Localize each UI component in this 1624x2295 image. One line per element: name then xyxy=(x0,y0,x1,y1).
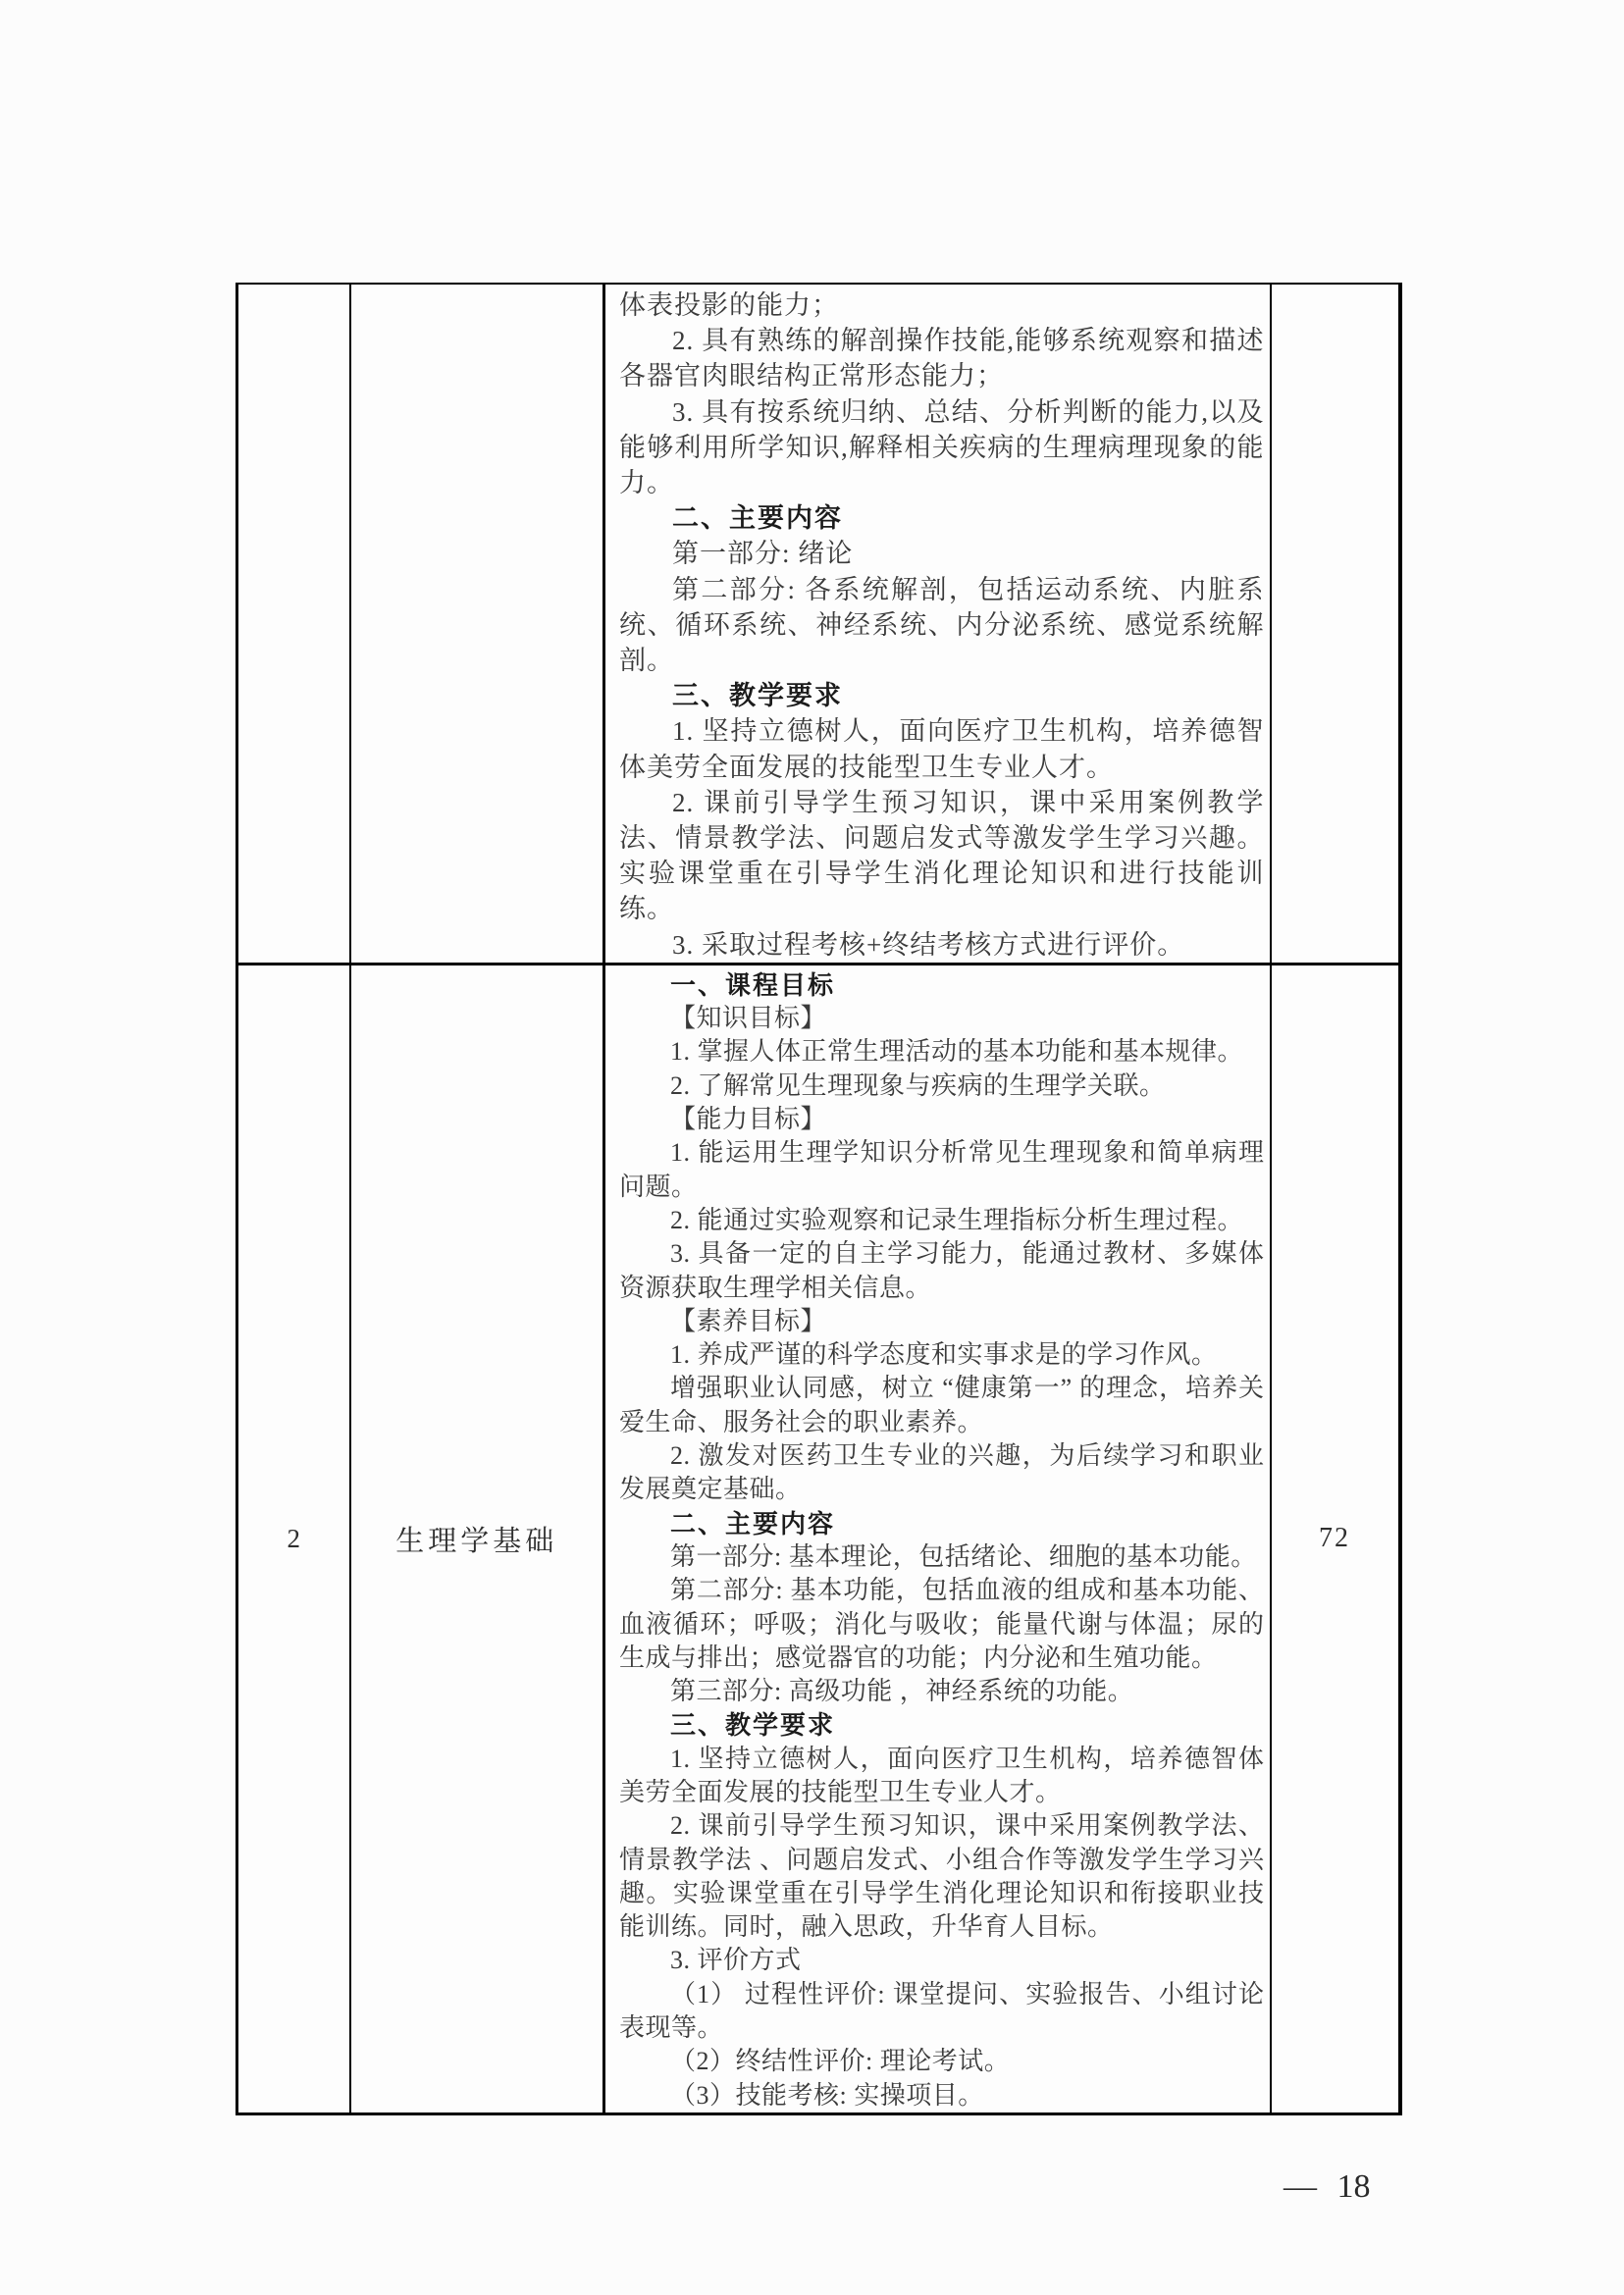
course-hours-cell xyxy=(1271,284,1400,964)
content-paragraph: 3. 评价方式 xyxy=(619,1944,1265,1977)
table-row: 体表投影的能力；2. 具有熟练的解剖操作技能,能够系统观察和描述各器官肉眼结构正… xyxy=(237,284,1400,964)
course-table: 体表投影的能力；2. 具有熟练的解剖操作技能,能够系统观察和描述各器官肉眼结构正… xyxy=(236,283,1402,2115)
content-paragraph: 2. 课前引导学生预习知识，课中采用案例教学法、情景教学法 、问题启发式、小组合… xyxy=(619,1809,1265,1944)
content-paragraph: 【素养目标】 xyxy=(619,1305,1265,1338)
content-paragraph: 第一部分: 绪论 xyxy=(619,536,1265,571)
content-paragraph: 体表投影的能力； xyxy=(619,287,1265,323)
section-heading: 一、课程目标 xyxy=(619,968,1265,1002)
section-heading: 二、主要内容 xyxy=(619,1507,1265,1540)
course-content-cell: 体表投影的能力；2. 具有熟练的解剖操作技能,能够系统观察和描述各器官肉眼结构正… xyxy=(604,284,1271,964)
content-paragraph: 3. 具备一定的自主学习能力，能通过教材、多媒体资源获取生理学相关信息。 xyxy=(619,1237,1265,1305)
section-heading: 三、教学要求 xyxy=(619,678,1265,713)
page-number: — 18 xyxy=(1283,2168,1371,2206)
document-page: 体表投影的能力；2. 具有熟练的解剖操作技能,能够系统观察和描述各器官肉眼结构正… xyxy=(0,0,1624,2295)
content-paragraph: 增强职业认同感，树立 “健康第一” 的理念，培养关爱生命、服务社会的职业素养。 xyxy=(619,1372,1265,1439)
content-paragraph: （3）技能考核: 实操项目。 xyxy=(619,2079,1265,2112)
course-number-cell xyxy=(237,284,350,964)
course-hours-cell: 72 xyxy=(1271,964,1400,2113)
content-paragraph: 【能力目标】 xyxy=(619,1103,1265,1136)
course-name-cell xyxy=(350,284,604,964)
content-paragraph: 第一部分: 基本理论，包括绪论、细胞的基本功能。 xyxy=(619,1540,1265,1574)
content-paragraph: 第三部分: 高级功能 ，神经系统的功能。 xyxy=(619,1675,1265,1708)
content-paragraph: 2. 了解常见生理现象与疾病的生理学关联。 xyxy=(619,1069,1265,1103)
content-paragraph: 3. 具有按系统归纳、总结、分析判断的能力,以及能够利用所学知识,解释相关疾病的… xyxy=(619,394,1265,501)
content-paragraph: 第二部分: 各系统解剖，包括运动系统、内脏系统、循环系统、神经系统、内分泌系统、… xyxy=(619,572,1265,679)
course-content-text: 一、课程目标【知识目标】1. 掌握人体正常生理活动的基本功能和基本规律。2. 了… xyxy=(605,965,1270,2112)
content-paragraph: 第二部分: 基本功能，包括血液的组成和基本功能、血液循环；呼吸；消化与吸收；能量… xyxy=(619,1574,1265,1675)
content-paragraph: 3. 采取过程考核+终结考核方式进行评价。 xyxy=(619,927,1265,963)
course-content-cell: 一、课程目标【知识目标】1. 掌握人体正常生理活动的基本功能和基本规律。2. 了… xyxy=(604,964,1271,2113)
content-paragraph: 1. 坚持立德树人，面向医疗卫生机构，培养德智体美劳全面发展的技能型卫生专业人才… xyxy=(619,713,1265,784)
course-content-text: 体表投影的能力；2. 具有熟练的解剖操作技能,能够系统观察和描述各器官肉眼结构正… xyxy=(605,285,1270,963)
course-number-cell: 2 xyxy=(237,964,350,2113)
course-name-cell: 生理学基础 xyxy=(350,964,604,2113)
content-paragraph: 【知识目标】 xyxy=(619,1002,1265,1035)
content-paragraph: 2. 激发对医药卫生专业的兴趣，为后续学习和职业发展奠定基础。 xyxy=(619,1439,1265,1507)
content-paragraph: 2. 课前引导学生预习知识，课中采用案例教学法、情景教学法、问题启发式等激发学生… xyxy=(619,785,1265,927)
section-heading: 二、主要内容 xyxy=(619,500,1265,536)
content-paragraph: 2. 具有熟练的解剖操作技能,能够系统观察和描述各器官肉眼结构正常形态能力； xyxy=(619,323,1265,393)
table-row: 2 生理学基础 一、课程目标【知识目标】1. 掌握人体正常生理活动的基本功能和基… xyxy=(237,964,1400,2113)
content-paragraph: 1. 掌握人体正常生理活动的基本功能和基本规律。 xyxy=(619,1035,1265,1069)
content-paragraph: 1. 能运用生理学知识分析常见生理现象和简单病理问题。 xyxy=(619,1136,1265,1204)
content-paragraph: 2. 能通过实验观察和记录生理指标分析生理过程。 xyxy=(619,1204,1265,1237)
content-paragraph: （2）终结性评价: 理论考试。 xyxy=(619,2045,1265,2078)
content-paragraph: （1） 过程性评价: 课堂提问、实验报告、小组讨论表现等。 xyxy=(619,1978,1265,2046)
content-paragraph: 1. 坚持立德树人，面向医疗卫生机构，培养德智体美劳全面发展的技能型卫生专业人才… xyxy=(619,1743,1265,1810)
content-paragraph: 1. 养成严谨的科学态度和实事求是的学习作风。 xyxy=(619,1338,1265,1372)
section-heading: 三、教学要求 xyxy=(619,1708,1265,1742)
